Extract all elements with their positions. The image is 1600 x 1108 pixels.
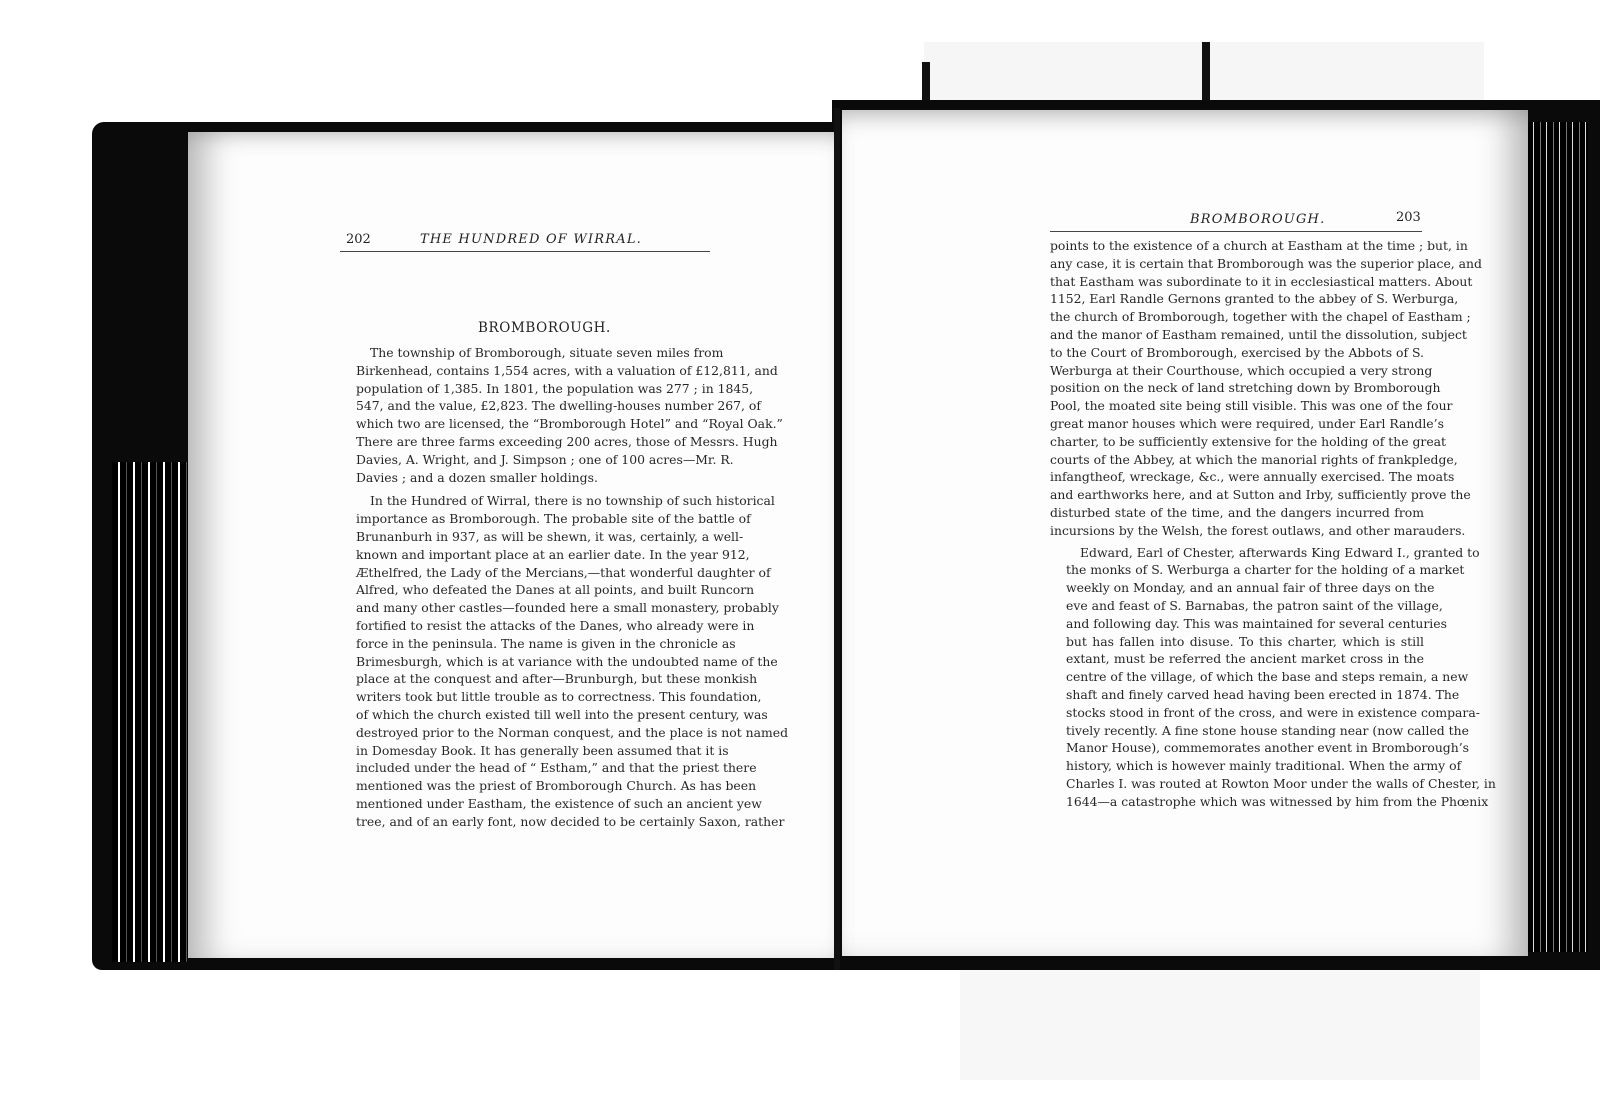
text-line: the monks of S. Werburga a charter for t… [1050,561,1424,579]
right-page: BROMBOROUGH. 203 points to the existence… [842,110,1528,956]
text-line: stocks stood in front of the cross, and … [1050,704,1424,722]
left-page: 202 THE HUNDRED OF WIRRAL. BROMBOROUGH. … [188,132,836,958]
text-line: Davies, A. Wright, and J. Simpson ; one … [340,451,706,469]
left-running-head: 202 THE HUNDRED OF WIRRAL. [346,232,708,247]
text-line: incursions by the Welsh, the forest outl… [1050,522,1424,540]
running-title: BROMBOROUGH. [1190,212,1325,227]
text-line: Manor House), commemorates another event… [1050,739,1424,757]
chapter-title: BROMBOROUGH. [478,320,611,336]
text-line: force in the peninsula. The name is give… [340,635,706,653]
text-line: writers took but little trouble as to co… [340,688,706,706]
text-line: courts of the Abbey, at which the manori… [1050,451,1424,469]
text-line: The township of Bromborough, situate sev… [340,344,706,362]
paragraph: In the Hundred of Wirral, there is no to… [340,492,706,830]
text-line: Werburga at their Courthouse, which occu… [1050,362,1424,380]
text-line: 547, and the value, £2,823. The dwelling… [340,397,706,415]
text-line: Charles I. was routed at Rowton Moor und… [1050,775,1424,793]
page-edges-right [1528,122,1588,952]
text-line: and following day. This was maintained f… [1050,615,1424,633]
text-line: Alfred, who defeated the Danes at all po… [340,581,706,599]
page-number: 202 [346,232,371,247]
paragraph: points to the existence of a church at E… [1050,237,1424,540]
text-line: place at the conquest and after—Brunburg… [340,670,706,688]
text-line: tree, and of an early font, now decided … [340,813,706,831]
text-line: great manor houses which were required, … [1050,415,1424,433]
page-number: 203 [1396,210,1421,225]
paragraph: Edward, Earl of Chester, afterwards King… [1050,544,1424,811]
text-line: mentioned was the priest of Bromborough … [340,777,706,795]
text-line: any case, it is certain that Bromborough… [1050,255,1424,273]
text-line: Davies ; and a dozen smaller holdings. [340,469,706,487]
text-line: disturbed state of the time, and the dan… [1050,504,1424,522]
text-line: Edward, Earl of Chester, afterwards King… [1050,544,1424,562]
text-line: which two are licensed, the “Bromborough… [340,415,706,433]
header-rule [340,251,710,252]
open-book: 202 THE HUNDRED OF WIRRAL. BROMBOROUGH. … [92,122,1600,970]
text-line: charter, to be sufficiently extensive fo… [1050,433,1424,451]
text-line: shaft and finely carved head having been… [1050,686,1424,704]
text-line: position on the neck of land stretching … [1050,379,1424,397]
text-line: known and important place at an earlier … [340,546,706,564]
text-line: in Domesday Book. It has generally been … [340,742,706,760]
text-line: weekly on Monday, and an annual fair of … [1050,579,1424,597]
bookmark-tab-right [1202,42,1210,108]
text-line: extant, must be referred the ancient mar… [1050,650,1424,668]
text-line: Brimesburgh, which is at variance with t… [340,653,706,671]
text-line: In the Hundred of Wirral, there is no to… [340,492,706,510]
text-line: fortified to resist the attacks of the D… [340,617,706,635]
header-rule [1050,231,1422,232]
text-line: destroyed prior to the Norman conquest, … [340,724,706,742]
paragraph: The township of Bromborough, situate sev… [340,344,706,486]
text-line: history, which is however mainly traditi… [1050,757,1424,775]
text-line: and the manor of Eastham remained, until… [1050,326,1424,344]
text-line: eve and feast of S. Barnabas, the patron… [1050,597,1424,615]
text-line: population of 1,385. In 1801, the popula… [340,380,706,398]
text-line: Æthelfred, the Lady of the Mercians,—tha… [340,564,706,582]
book-spine [834,108,840,970]
text-line: 1644—a catastrophe which was witnessed b… [1050,793,1424,811]
text-line: points to the existence of a church at E… [1050,237,1424,255]
text-line: but has fallen into disuse. To this char… [1050,633,1424,651]
text-line: that Eastham was subordinate to it in ec… [1050,273,1424,291]
text-line: the church of Bromborough, together with… [1050,308,1424,326]
text-line: 1152, Earl Randle Gernons granted to the… [1050,290,1424,308]
text-line: and earthworks here, and at Sutton and I… [1050,486,1424,504]
text-line: centre of the village, of which the base… [1050,668,1424,686]
page-edge-scan-noise-bottom [960,970,1480,1080]
text-line: included under the head of “ Estham,” an… [340,759,706,777]
text-line: to the Court of Bromborough, exercised b… [1050,344,1424,362]
text-line: of which the church existed till well in… [340,706,706,724]
text-line: importance as Bromborough. The probable … [340,510,706,528]
running-title: THE HUNDRED OF WIRRAL. [420,232,642,247]
page-edges-left [112,462,188,962]
left-text-column: The township of Bromborough, situate sev… [340,344,706,837]
right-text-column: points to the existence of a church at E… [1050,237,1424,817]
text-line: infangtheof, wreckage, &c., were annuall… [1050,468,1424,486]
text-line: Pool, the moated site being still visibl… [1050,397,1424,415]
text-line: and many other castles—founded here a sm… [340,599,706,617]
text-line: Brunanburh in 937, as will be shewn, it … [340,528,706,546]
text-line: Birkenhead, contains 1,554 acres, with a… [340,362,706,380]
text-line: There are three farms exceeding 200 acre… [340,433,706,451]
text-line: tively recently. A fine stone house stan… [1050,722,1424,740]
text-line: mentioned under Eastham, the existence o… [340,795,706,813]
